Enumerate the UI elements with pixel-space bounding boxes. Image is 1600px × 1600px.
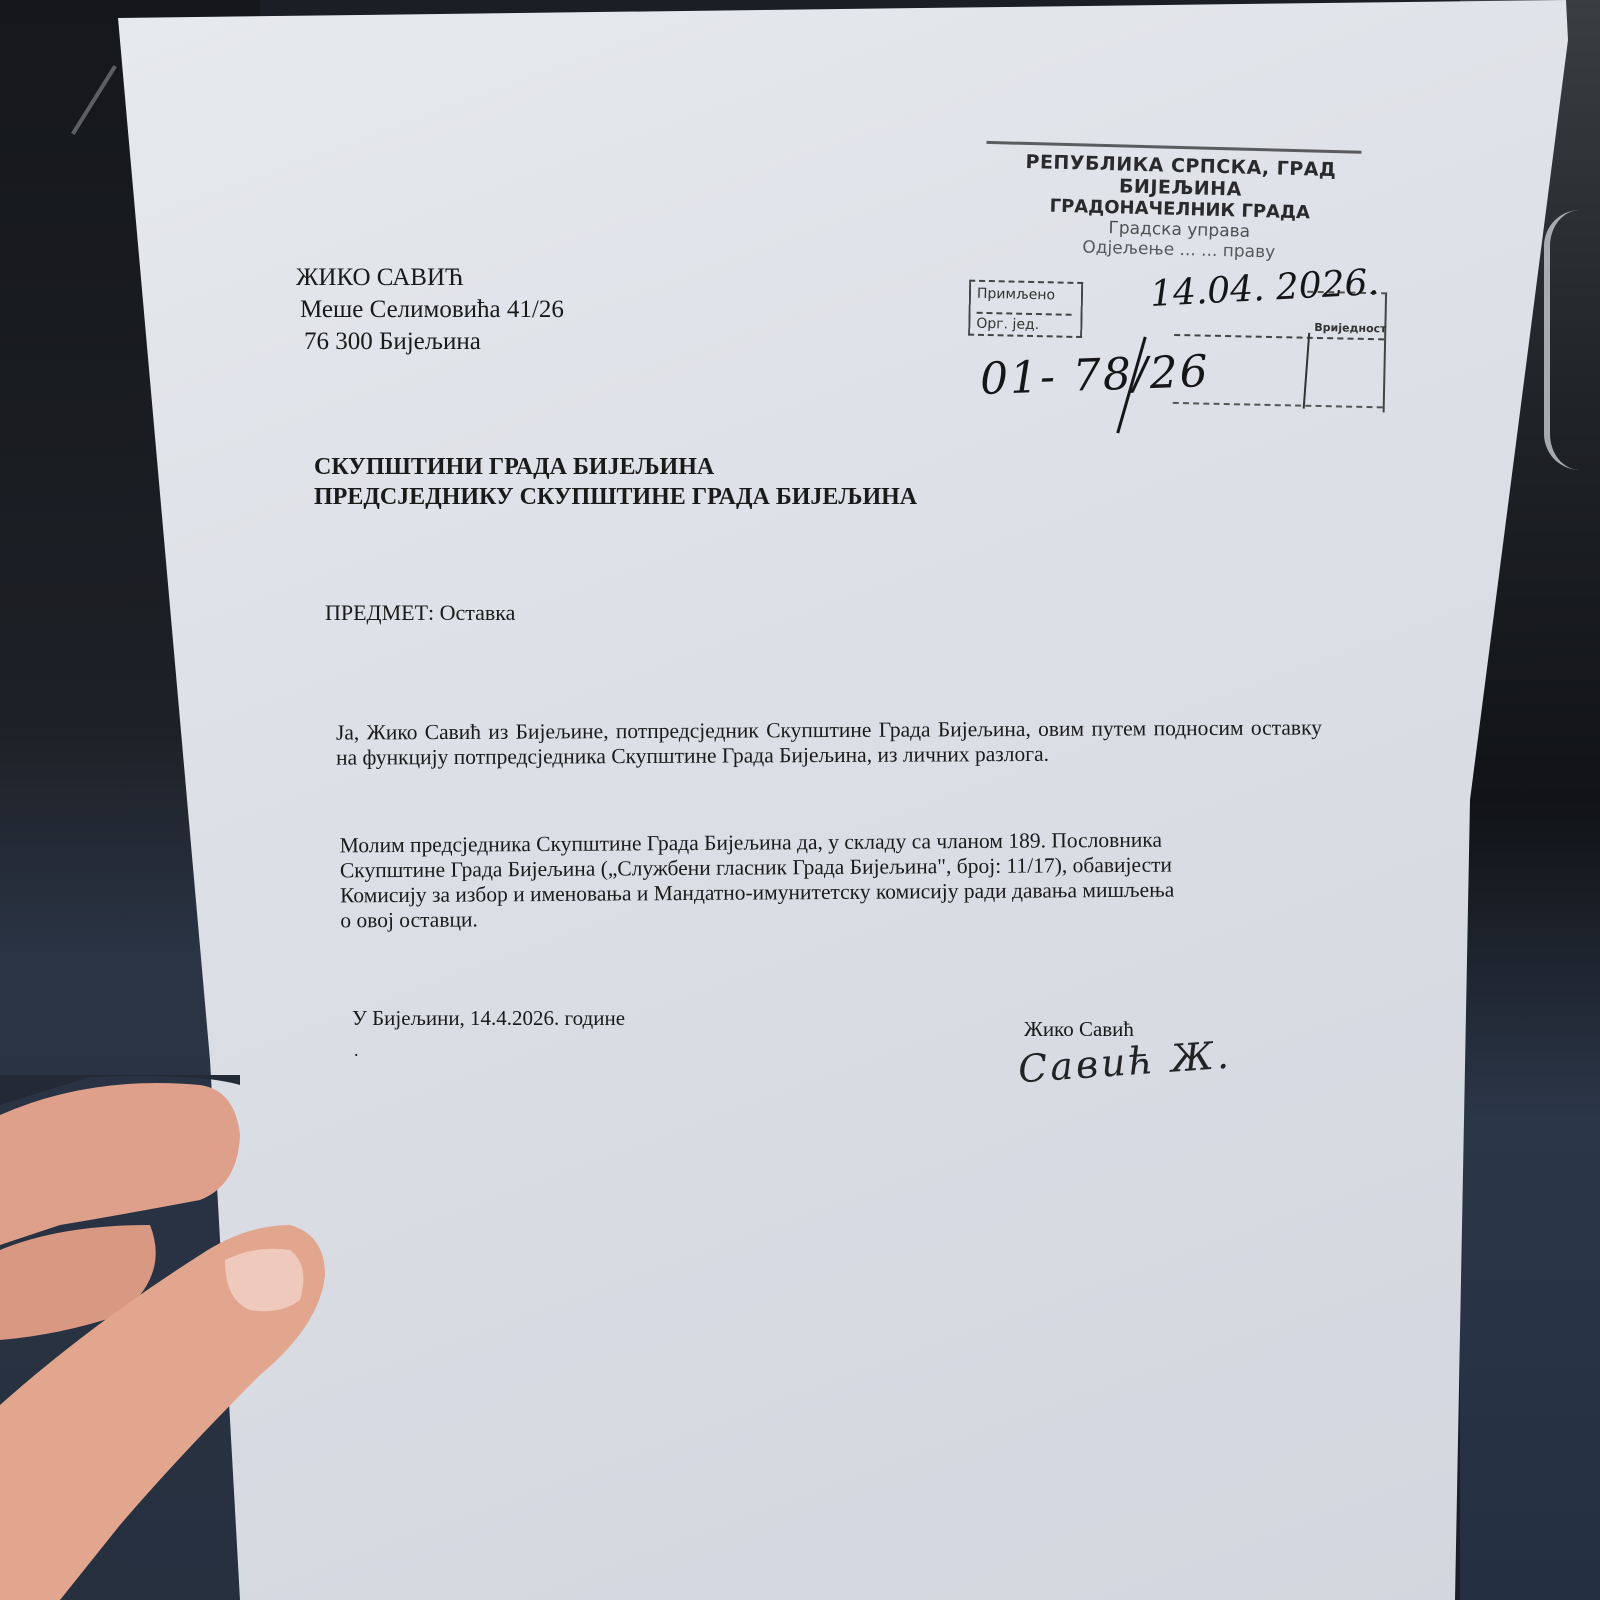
handwritten-registry-number: 01- 78/26 — [979, 346, 1210, 405]
city-stamp: РЕПУБЛИКА СРПСКА, ГРАД БИЈЕЉИНА ГРАДОНАЧ… — [959, 140, 1402, 265]
recipient-line-1: СКУПШТИНИ ГРАДА БИЈЕЉИНА — [314, 452, 917, 482]
sender-name: ЖИКО САВИЋ — [296, 262, 564, 294]
sender-city: 76 300 Бијељина — [296, 326, 564, 358]
body-paragraph-2: Молим предсједника Скупштине Града Бијељ… — [340, 827, 1316, 934]
stray-dot: . — [354, 1040, 359, 1061]
signer-name: Жико Савић — [1024, 1017, 1134, 1042]
org-unit-label: Орг. јед. — [976, 312, 1071, 334]
subject-line: ПРЕДМЕТ: Оставка — [325, 600, 515, 626]
sender-street: Меше Селимовића 41/26 — [296, 294, 564, 326]
value-box — [1305, 291, 1387, 413]
recipient-block: СКУПШТИНИ ГРАДА БИЈЕЉИНА ПРЕДСЈЕДНИКУ СК… — [314, 452, 917, 512]
holding-hand — [0, 1075, 330, 1600]
received-box: Примљено Орг. јед. — [968, 280, 1083, 338]
sender-block: ЖИКО САВИЋ Меше Селимовића 41/26 76 300 … — [296, 262, 564, 358]
car-trim — [1544, 210, 1580, 470]
place-and-date: У Бијељини, 14.4.2026. године — [352, 1006, 625, 1031]
value-label: Вриједност — [1314, 321, 1386, 336]
body-paragraph-1: Ја, Жико Савић из Бијељине, потпредсједн… — [336, 715, 1322, 770]
recipient-line-2: ПРЕДСЈЕДНИКУ СКУПШТИНЕ ГРАДА БИЈЕЉИНА — [314, 482, 917, 512]
received-label: Примљено — [977, 286, 1055, 304]
